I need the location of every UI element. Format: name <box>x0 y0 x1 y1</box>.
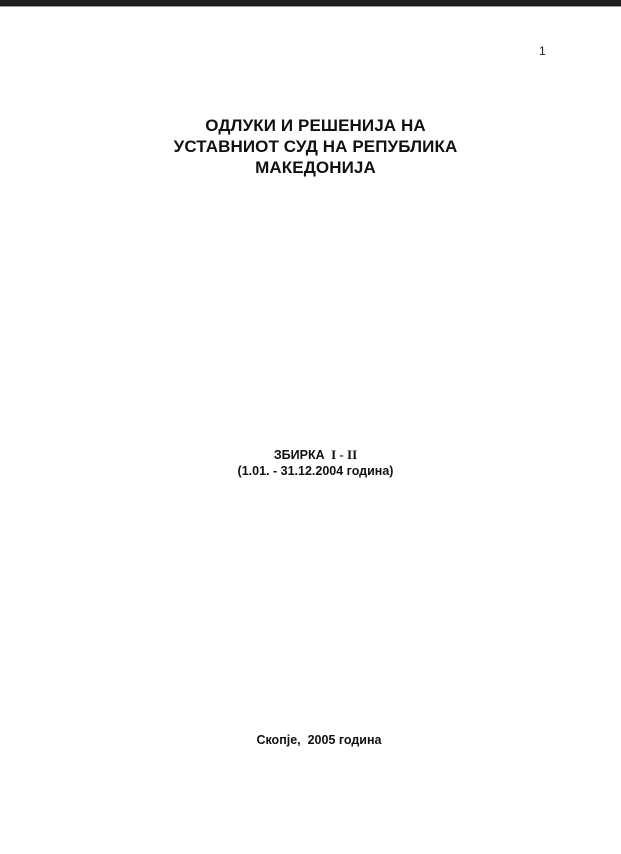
title-line-3: МАКЕДОНИЈА <box>10 157 621 178</box>
title-line-1: ОДЛУКИ И РЕШЕНИЈА НА <box>10 115 621 136</box>
collection-info: ЗБИРКА I - II (1.01. - 31.12.2004 година… <box>0 447 621 479</box>
collection-heading: ЗБИРКА I - II <box>10 447 621 463</box>
title-line-2: УСТАВНИОТ СУД НА РЕПУБЛИКА <box>10 136 621 157</box>
collection-volume: I - II <box>331 447 357 462</box>
top-bar <box>0 0 621 7</box>
page-number: 1 <box>539 44 546 58</box>
place-and-year: Скопје, 2005 година <box>0 719 621 747</box>
document-title: ОДЛУКИ И РЕШЕНИЈА НА УСТАВНИОТ СУД НА РЕ… <box>0 115 621 178</box>
collection-label: ЗБИРКА <box>274 448 325 462</box>
place-year-text: Скопје, 2005 година <box>256 733 381 747</box>
collection-period: (1.01. - 31.12.2004 година) <box>10 463 621 479</box>
